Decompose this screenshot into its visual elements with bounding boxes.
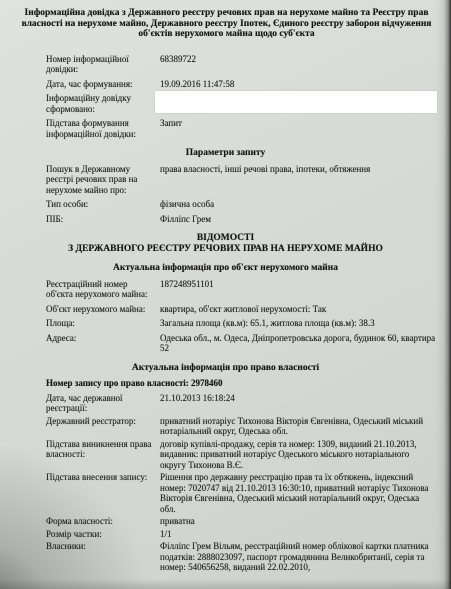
field-row: Номер інформаційної довідки: 68389722 — [46, 54, 437, 75]
field-label: Підстава виникнення права власності: — [46, 439, 152, 471]
field-value: Загальна площа (кв.м): 65.1, житлова пло… — [160, 318, 437, 329]
field-value: договір купівлі-продажу, серія та номер:… — [160, 439, 437, 471]
field-row: Державний реєстратор: приватний нотаріус… — [46, 416, 437, 437]
field-label: Пошук в Державному реєстрі речових прав … — [46, 164, 152, 196]
field-label: Площа: — [46, 318, 152, 329]
field-value: Рішення про державну реєстрацію прав та … — [160, 472, 437, 514]
field-value: Запит — [160, 118, 437, 139]
field-label: Власники: — [46, 541, 152, 573]
field-row: Підстава виникнення права власності: дог… — [46, 439, 437, 471]
field-row: ПІБ: Філліпс Грем — [46, 214, 437, 225]
field-value: квартира, об'єкт житлової нерухомості: Т… — [160, 304, 437, 315]
field-value: права власності, інші речові права, іпот… — [160, 164, 437, 196]
field-row: Підстава внесення запису: Рішення про де… — [46, 472, 437, 514]
field-row: Власники: Філліпс Грем Вільям, реєстраці… — [46, 541, 437, 573]
field-value: 21.10.2013 16:18:24 — [160, 393, 437, 414]
section-heading-object: Актуальна інформація про об'єкт нерухомо… — [14, 263, 437, 274]
field-value: приватна — [160, 516, 437, 527]
field-row: Реєстраційний номер об'єкта нерухомого м… — [46, 279, 437, 300]
field-label: Підстава внесення запису: — [46, 472, 152, 514]
field-label: Дата, час державної реєстрації: — [46, 393, 152, 414]
field-label: Державний реєстратор: — [46, 416, 152, 437]
section-heading-query: Параметри запиту — [14, 148, 437, 159]
field-row: Розмір частки: 1/1 — [46, 529, 437, 540]
section-heading-ownership: Актуальна інформація про право власності — [14, 363, 437, 374]
field-value: Філліпс Грем — [160, 214, 437, 225]
field-row: Площа: Загальна площа (кв.м): 65.1, житл… — [46, 318, 437, 329]
field-value — [160, 93, 437, 114]
field-row: Підстава формування інформаційної довідк… — [46, 118, 437, 139]
field-row: Адреса: Одеська обл., м. Одеса, Дніпропе… — [46, 333, 437, 354]
field-row: Тип особи: фізична особа — [46, 199, 437, 210]
field-row: Пошук в Державному реєстрі речових прав … — [46, 164, 437, 196]
field-value: 68389722 — [160, 54, 437, 75]
field-value: фізична особа — [160, 199, 437, 210]
field-label: Реєстраційний номер об'єкта нерухомого м… — [46, 279, 152, 300]
field-value: 19.09.2016 11:47:58 — [160, 79, 437, 90]
field-label: Адреса: — [46, 333, 152, 354]
field-label: Форма власності: — [46, 516, 152, 527]
field-value: приватний нотаріус Тихонова Вікторія Євг… — [160, 416, 437, 437]
field-value: 1/1 — [160, 529, 437, 540]
field-label: ПІБ: — [46, 214, 152, 225]
redaction-box — [155, 91, 437, 113]
document-title: Інформаційна довідка з Державного реєстр… — [10, 8, 433, 40]
field-label: Підстава формування інформаційної довідк… — [46, 118, 152, 139]
field-row: Дата, час формування: 19.09.2016 11:47:5… — [46, 79, 437, 90]
field-label: Розмір частки: — [46, 529, 152, 540]
ownership-record-number: Номер запису про право власності: 297846… — [46, 378, 437, 389]
field-label: Дата, час формування: — [46, 79, 152, 90]
field-value: Одеська обл., м. Одеса, Дніпропетровська… — [160, 333, 437, 354]
field-row: Об'єкт нерухомого майна: квартира, об'єк… — [46, 304, 437, 315]
field-row: Дата, час державної реєстрації: 21.10.20… — [46, 393, 437, 414]
field-label: Номер інформаційної довідки: — [46, 54, 152, 75]
field-row: Інформаційну довідку сформовано: — [46, 93, 437, 114]
section-heading-vidomosti-line1: ВІДОМОСТІ — [14, 233, 437, 244]
field-label: Тип особи: — [46, 199, 152, 210]
field-value: Філліпс Грем Вільям, реєстраційний номер… — [160, 541, 437, 573]
field-value: 187248951101 — [160, 279, 437, 300]
field-row: Форма власності: приватна — [46, 516, 437, 527]
field-label: Інформаційну довідку сформовано: — [46, 93, 152, 114]
document-page: Інформаційна довідка з Державного реєстр… — [0, 0, 451, 589]
ownership-section: Номер запису про право власності: 297846… — [46, 378, 437, 573]
field-label: Об'єкт нерухомого майна: — [46, 304, 152, 315]
section-heading-vidomosti-line2: З ДЕРЖАВНОГО РЕЄСТРУ РЕЧОВИХ ПРАВ НА НЕР… — [14, 244, 437, 255]
